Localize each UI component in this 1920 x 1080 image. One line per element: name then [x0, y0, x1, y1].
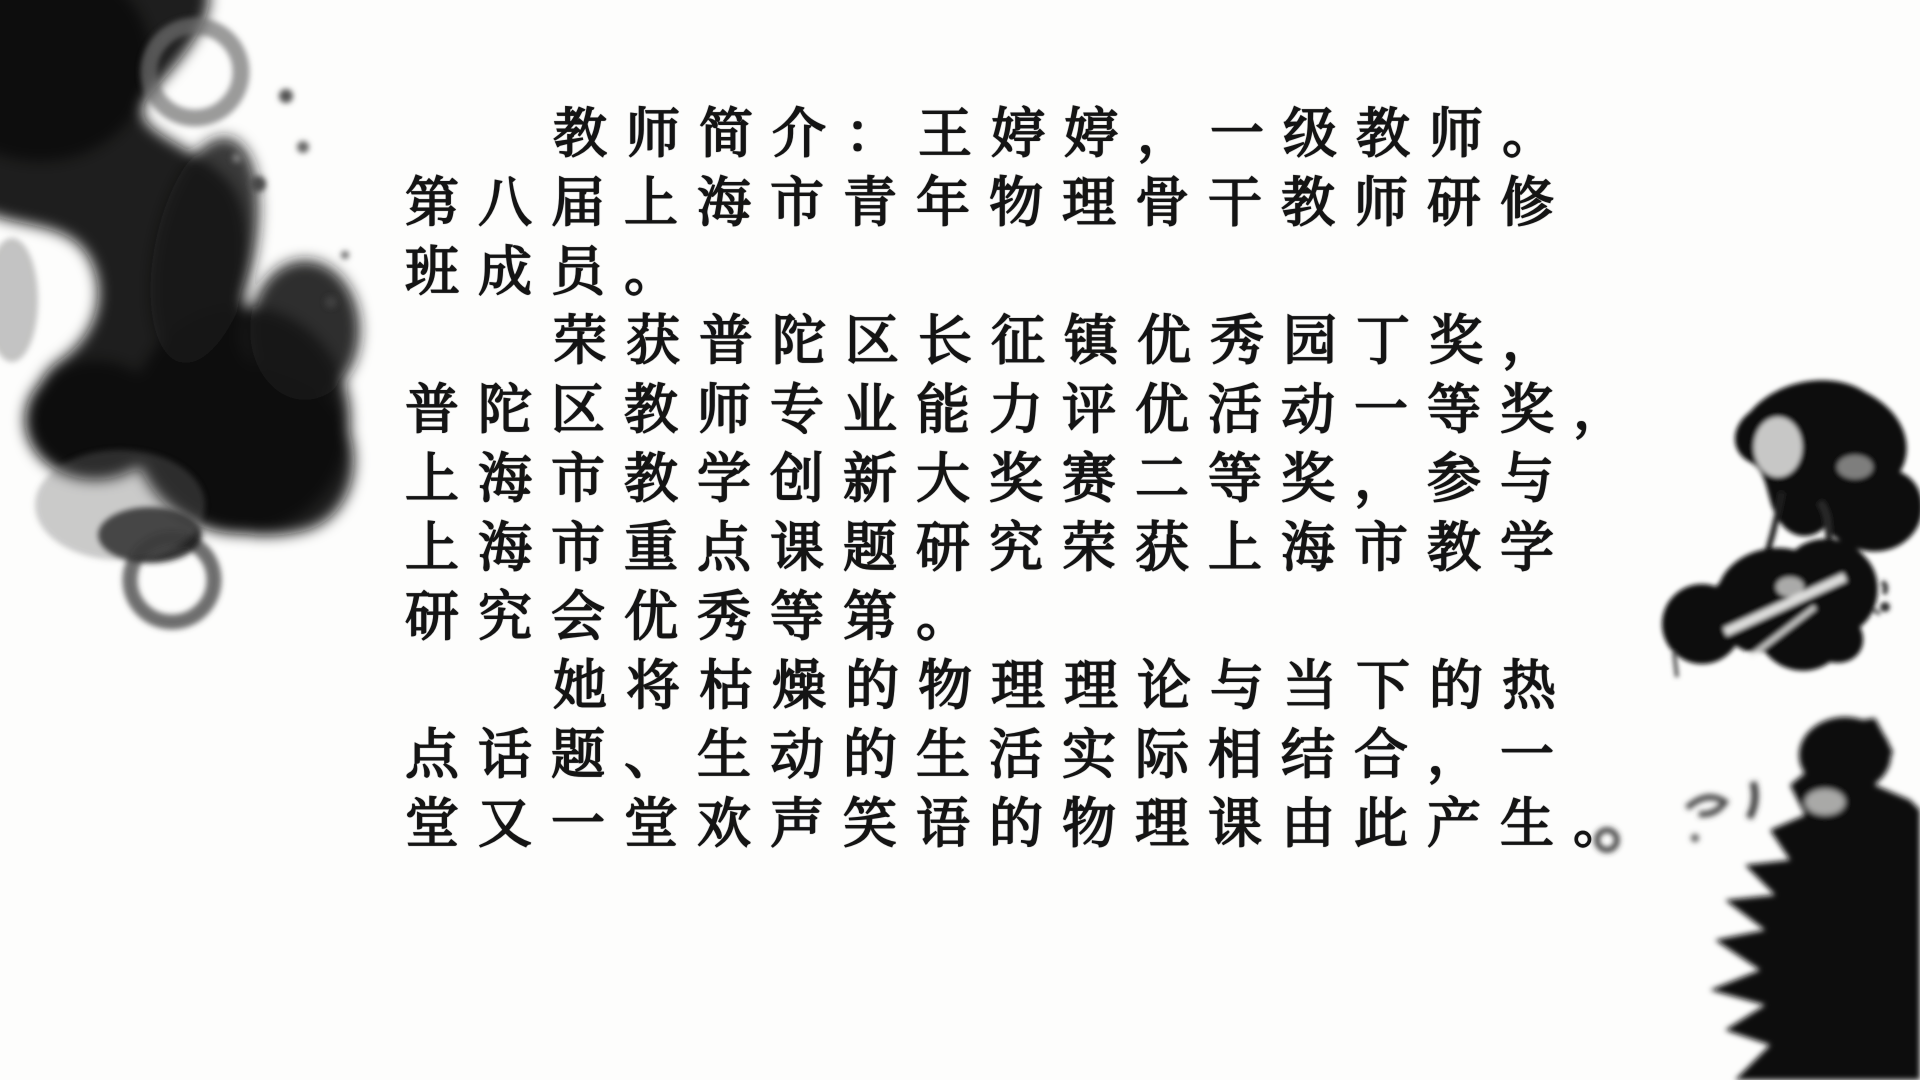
ink-wash-splash-top-left-icon: [0, 0, 380, 670]
text-line: 上海市重点课题研究荣获上海市教学: [405, 514, 1685, 583]
text-line: 荣获普陀区长征镇优秀园丁奖，: [405, 307, 1685, 376]
text-line: 点话题、生动的生活实际相结合，一: [405, 721, 1685, 790]
text-line: 上海市教学创新大奖赛二等奖，参与: [405, 445, 1685, 514]
teacher-bio-text: 教师简介：王婷婷，一级教师。第八届上海市青年物理骨干教师研修班成员。荣获普陀区长…: [405, 100, 1685, 859]
text-line: 班成员。: [405, 238, 1685, 307]
text-line: 教师简介：王婷婷，一级教师。: [405, 100, 1685, 169]
text-line: 堂又一堂欢声笑语的物理课由此产生。: [405, 790, 1685, 859]
text-line: 第八届上海市青年物理骨干教师研修: [405, 169, 1685, 238]
slide: 教师简介：王婷婷，一级教师。第八届上海市青年物理骨干教师研修班成员。荣获普陀区长…: [0, 0, 1920, 1080]
text-line: 她将枯燥的物理理论与当下的热: [405, 652, 1685, 721]
text-line: 普陀区教师专业能力评优活动一等奖，: [405, 376, 1685, 445]
text-line: 研究会优秀等第。: [405, 583, 1685, 652]
